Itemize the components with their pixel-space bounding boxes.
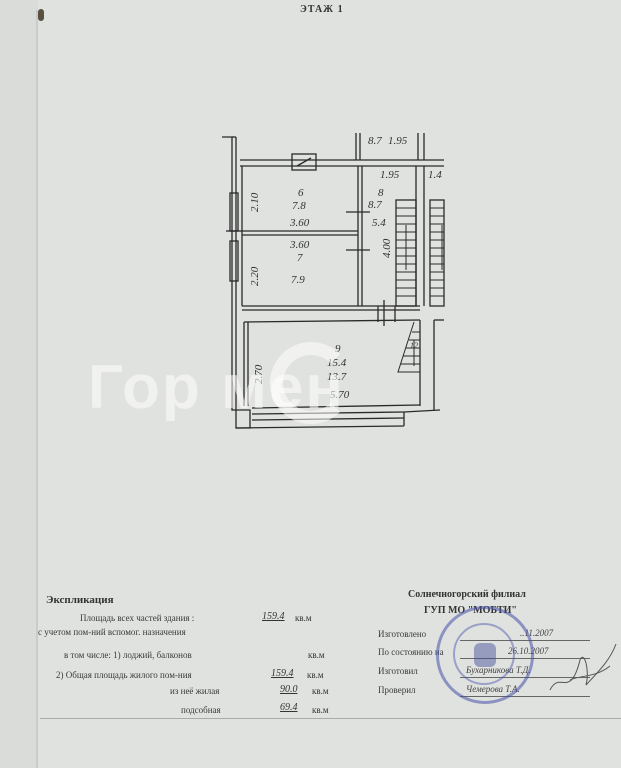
- room-6-dim-side: 2.10: [249, 192, 261, 212]
- stamp-emblem-icon: [474, 643, 496, 667]
- expl-row-value: 159.4: [271, 668, 294, 679]
- expl-row-value: 69.4: [280, 702, 298, 713]
- expl-row-value: 90.0: [280, 684, 298, 695]
- meta-label-state: По состоянию на: [378, 647, 444, 657]
- expl-row-unit: кв.м: [312, 705, 329, 715]
- room-8-extra: 8.7: [368, 199, 382, 211]
- expl-row-unit: кв.м: [295, 613, 312, 623]
- expl-row-value: 159.4: [262, 611, 285, 622]
- expl-row-label: из неё жилая: [170, 686, 219, 696]
- room-7-dim: 3.60: [289, 239, 310, 251]
- expl-row-label: в том числе: 1) лоджий, балконов: [64, 650, 192, 660]
- meta-label-made: Изготовлено: [378, 629, 426, 639]
- room-7-area: 7.9: [291, 274, 305, 286]
- side-label: 1.4: [428, 169, 442, 181]
- expl-row-label: с учетом пом-ний вспомог. назначения: [38, 627, 186, 637]
- signature-icon: [540, 630, 620, 710]
- expl-row-label: подсобная: [181, 705, 221, 715]
- expl-row-unit: кв.м: [308, 650, 325, 660]
- expl-row-unit: кв.м: [312, 686, 329, 696]
- expl-row-unit: кв.м: [307, 670, 324, 680]
- room-6-area: 7.8: [292, 200, 306, 212]
- room-7-dim-side: 2.20: [249, 266, 261, 286]
- expl-row-label: 2) Общая площадь жилого пом-ния: [56, 670, 192, 680]
- top-label-b: 1.95: [388, 135, 408, 147]
- room-8-dim-side: 4.00: [381, 238, 393, 258]
- room-7-number: 7: [297, 252, 303, 264]
- expl-row-label: Площадь всех частей здания :: [80, 613, 194, 623]
- room-12-number: 12: [410, 341, 418, 350]
- room-6-dim: 3.60: [289, 217, 310, 229]
- room-8-dim: 1.95: [380, 169, 400, 181]
- top-label-a: 8.7: [368, 135, 382, 147]
- room-6-number: 6: [298, 187, 304, 199]
- room-8-number: 8: [378, 187, 384, 199]
- watermark-logo-icon: [270, 342, 352, 424]
- room-8-area: 5.4: [372, 217, 386, 229]
- official-stamp-icon: [436, 606, 534, 704]
- explication-title: Экспликация: [46, 594, 114, 606]
- meta-label-checker: Проверил: [378, 685, 416, 695]
- meta-label-maker: Изготовил: [378, 666, 418, 676]
- org-branch: Солнечногорский филиал: [408, 589, 526, 600]
- bottom-rule: [40, 718, 621, 719]
